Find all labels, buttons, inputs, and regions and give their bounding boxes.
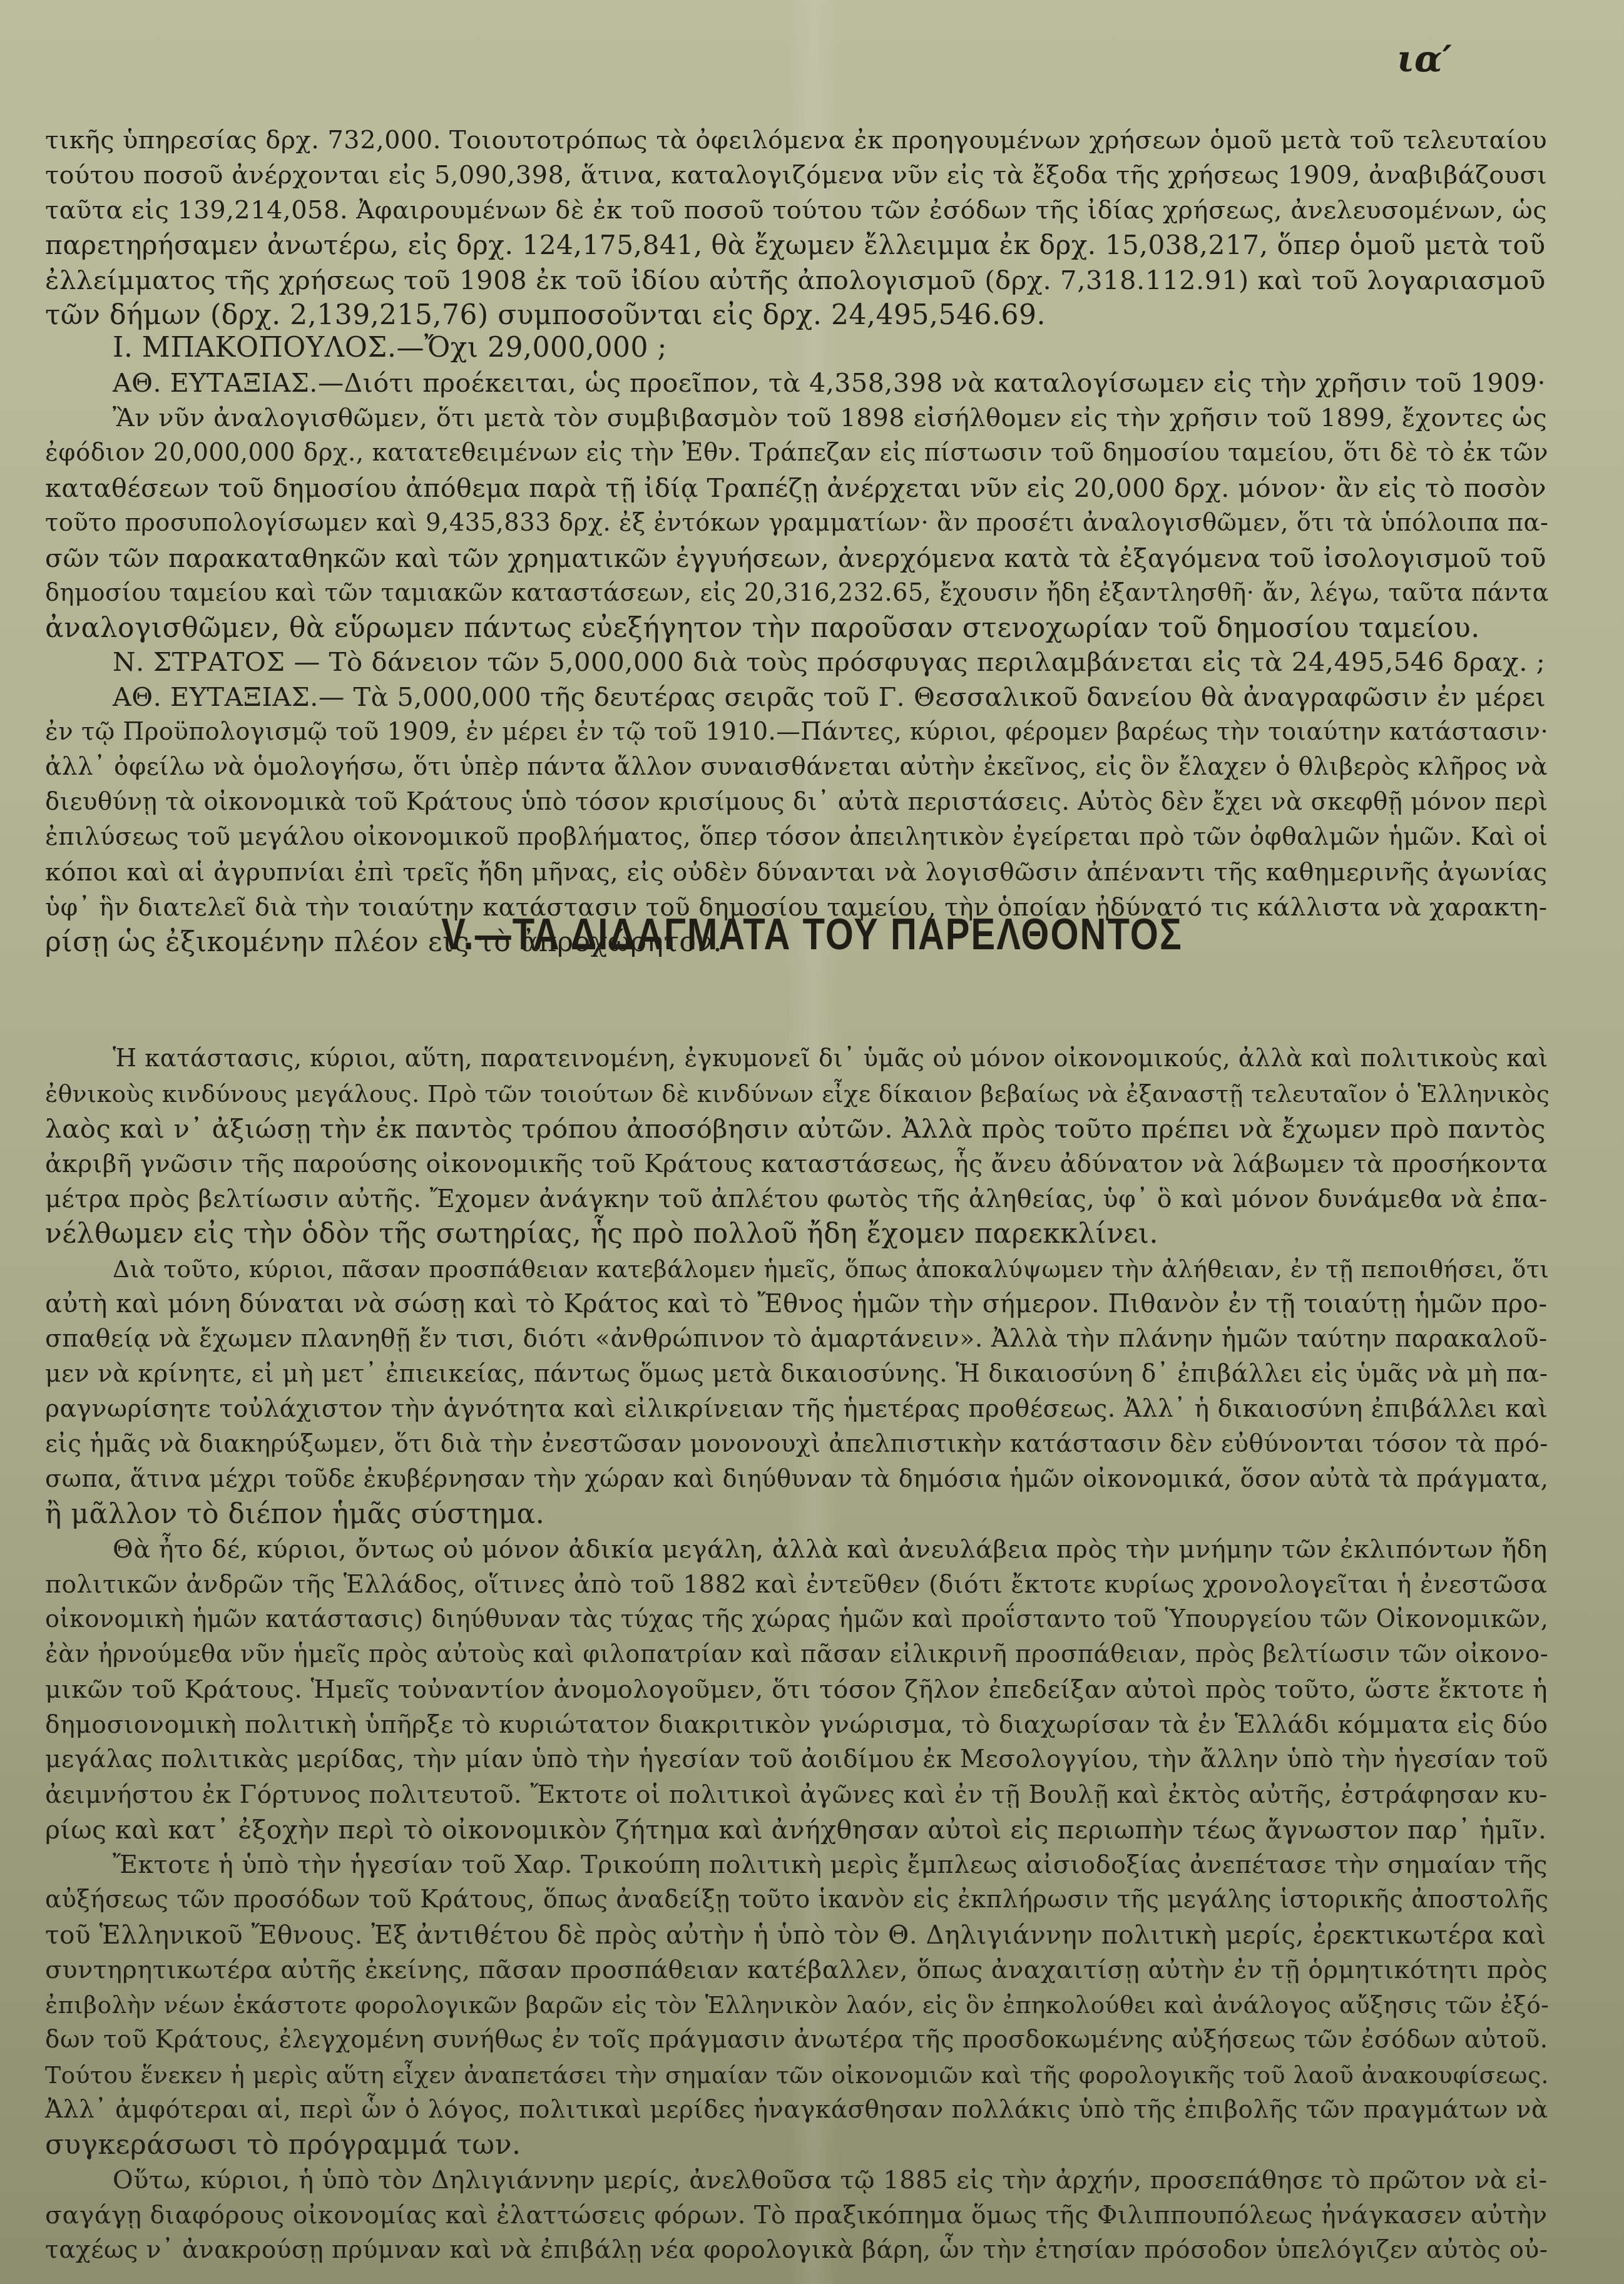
text-line: ΑΘ. ΕΥΤΑΞΙΑΣ.— Τὰ 5,000,000 τῆς δευτέρας… bbox=[113, 680, 1545, 715]
text-line: ἐν τῷ Προϋπολογισμῷ τοῦ 1909, ἐν μέρει ἐ… bbox=[45, 715, 1545, 750]
text-line: ἐπιβολὴν νέων ἑκάστοτε φορολογικῶν βαρῶν… bbox=[45, 1987, 1545, 2022]
text-line: σῶν τῶν παρακαταθηκῶν καὶ τῶν χρηματικῶν… bbox=[45, 541, 1545, 576]
text-line: δημοσιονομικὴ πολιτικὴ ὑπῆρξε τὸ κυριώτα… bbox=[45, 1707, 1545, 1742]
text-line: ρίως καὶ κατ᾽ ἐξοχὴν περὶ τὸ οἰκονομικὸν… bbox=[45, 1812, 1545, 1847]
text-line: ἀκριβῆ γνῶσιν τῆς παρούσης οἰκονομικῆς τ… bbox=[45, 1146, 1545, 1181]
text-line: τῶν δήμων (δρχ. 2,139,215,76) συμποσοῦντ… bbox=[45, 298, 1545, 333]
text-line: συντηρητικωτέρα αὐτῆς ἐκείνης, πᾶσαν προ… bbox=[45, 1952, 1545, 1987]
text-line: παρετηρήσαμεν ἀνωτέρω, εἰς δρχ. 124,175,… bbox=[45, 228, 1545, 263]
text-line: τοῦ Ἑλληνικοῦ Ἔθνους. Ἐξ ἀντιθέτου δὲ πρ… bbox=[45, 1917, 1545, 1952]
text-line: τοῦτο προσυπολογίσωμεν καὶ 9,435,833 δρχ… bbox=[45, 506, 1545, 541]
text-line: ἀλλ᾽ ὀφείλω νὰ ὁμολογήσω, ὅτι ὑπὲρ πάντα… bbox=[45, 750, 1545, 785]
text-line: Ἂν νῦν ἀναλογισθῶμεν, ὅτι μετὰ τὸν συμβι… bbox=[113, 400, 1545, 436]
text-line: διευθύνῃ τὰ οἰκονομικὰ τοῦ Κράτους ὑπὸ τ… bbox=[45, 785, 1545, 820]
text-line: μεγάλας πολιτικὰς μερίδας, τὴν μίαν ὑπὸ … bbox=[45, 1742, 1545, 1777]
text-line: δων τοῦ Κράτους, ἐλεγχομένη συνήθως ἐν τ… bbox=[45, 2022, 1545, 2057]
page-number: ια′ bbox=[1397, 38, 1452, 80]
text-line: Ἀλλ᾽ ἀμφότεραι αἱ, περὶ ὧν ὁ λόγος, πολι… bbox=[45, 2093, 1545, 2128]
text-line: σπαθείᾳ νὰ ἔχωμεν πλανηθῇ ἔν τισι, διότι… bbox=[45, 1322, 1545, 1357]
text-line: καταθέσεων τοῦ δημοσίου ἀπόθεμα παρὰ τῇ … bbox=[45, 471, 1545, 506]
text-line: Ν. ΣΤΡΑΤΟΣ — Τὸ δάνειον τῶν 5,000,000 δι… bbox=[113, 645, 1545, 680]
text-line: τούτου ποσοῦ ἀνέρχονται εἰς 5,090,398, ἅ… bbox=[45, 158, 1545, 193]
text-line: συγκεράσωσι τὸ πρόγραμμά των. bbox=[45, 2128, 1545, 2163]
text-line: σωπα, ἅτινα μέχρι τοῦδε ἐκυβέρνησαν τὴν … bbox=[45, 1462, 1545, 1497]
text-line: μικῶν τοῦ Κράτους. Ἡμεῖς τοὐναντίον ἀνομ… bbox=[45, 1672, 1545, 1707]
text-line: ταχέως ν᾽ ἀνακρούσῃ πρύμναν καὶ νὰ ἐπιβά… bbox=[45, 2233, 1545, 2268]
text-line: Οὕτω, κύριοι, ἡ ὑπὸ τὸν Δηλιγιάννην μερί… bbox=[113, 2163, 1545, 2198]
text-line: πολιτικῶν ἀνδρῶν τῆς Ἑλλάδος, οἵτινες ἀπ… bbox=[45, 1567, 1545, 1602]
text-line: κόποι καὶ αἱ ἀγρυπνίαι ἐπὶ τρεῖς ἤδη μῆν… bbox=[45, 855, 1545, 890]
text-line: ΑΘ. ΕΥΤΑΞΙΑΣ.—Διότι προέκειται, ὡς προεῖ… bbox=[113, 365, 1545, 400]
text-line: Ἔκτοτε ἡ ὑπὸ τὴν ἡγεσίαν τοῦ Χαρ. Τρικού… bbox=[113, 1847, 1545, 1882]
text-line: ἐπιλύσεως τοῦ μεγάλου οἰκονομικοῦ προβλή… bbox=[45, 820, 1545, 855]
text-line: ρίσῃ ὡς ἐξικομένην πλέον εἰς τὸ ἀπροχώρη… bbox=[45, 925, 1545, 960]
text-line: Ἡ κατάστασις, κύριοι, αὕτη, παρατεινομέν… bbox=[113, 1041, 1545, 1076]
text-line: ταῦτα εἰς 139,214,058. Ἀφαιρουμένων δὲ ἐ… bbox=[45, 193, 1545, 228]
text-line: Τούτου ἕνεκεν ἡ μερὶς αὕτη εἶχεν ἀναπετά… bbox=[45, 2057, 1545, 2093]
text-line: ἐλλείμματος τῆς χρήσεως τοῦ 1908 ἐκ τοῦ … bbox=[45, 263, 1545, 298]
text-line: μέτρα πρὸς βελτίωσιν αὐτῆς. Ἔχομεν ἀνάγκ… bbox=[45, 1181, 1545, 1216]
text-line: λαὸς καὶ ν᾽ ἀξιώσῃ τὴν ἐκ παντὸς τρόπου … bbox=[45, 1111, 1545, 1146]
text-line: ἐθνικοὺς κινδύνους μεγάλους. Πρὸ τῶν τοι… bbox=[45, 1076, 1545, 1111]
text-line: ἢ μᾶλλον τὸ διέπον ἡμᾶς σύστημα. bbox=[45, 1497, 1545, 1532]
text-line: Ι. ΜΠΑΚΟΠΟΥΛΟΣ.—Ὄχι 29,000,000 ; bbox=[113, 330, 1545, 365]
text-line: εἰς ἡμᾶς νὰ διακηρύξωμεν, ὅτι διὰ τὴν ἐν… bbox=[45, 1427, 1545, 1462]
text-line: νέλθωμεν εἰς τὴν ὁδὸν τῆς σωτηρίας, ἧς π… bbox=[45, 1216, 1545, 1252]
text-line: αὐξήσεως τῶν προσόδων τοῦ Κράτους, ὅπως … bbox=[45, 1882, 1545, 1917]
text-line: αὐτὴ καὶ μόνη δύναται νὰ σώσῃ καὶ τὸ Κρά… bbox=[45, 1287, 1545, 1322]
text-line: Θὰ ἦτο δέ, κύριοι, ὄντως οὐ μόνον ἀδικία… bbox=[113, 1532, 1545, 1567]
text-line: ἐφόδιον 20,000,000 δρχ., κατατεθειμένων … bbox=[45, 436, 1545, 471]
text-line: Διὰ τοῦτο, κύριοι, πᾶσαν προσπάθειαν κατ… bbox=[113, 1252, 1545, 1287]
text-line: τικῆς ὑπηρεσίας δρχ. 732,000. Τοιουτοτρό… bbox=[45, 123, 1545, 158]
text-line: ραγνωρίσητε τοὐλάχιστον τὴν ἁγνότητα καὶ… bbox=[45, 1392, 1545, 1427]
text-line: ἐὰν ἠρνούμεθα νῦν ἡμεῖς πρὸς αὐτοὺς καὶ … bbox=[45, 1637, 1545, 1672]
text-line: οἰκονομικὴ ἡμῶν κατάστασις) διηύθυναν τὰ… bbox=[45, 1602, 1545, 1637]
text-line: ὑφ᾽ ἣν διατελεῖ διὰ τὴν τοιαύτην κατάστα… bbox=[45, 890, 1545, 925]
text-line: δημοσίου ταμείου καὶ τῶν ταμιακῶν καταστ… bbox=[45, 576, 1545, 611]
text-line: σαγάγῃ διαφόρους οἰκονομίας καὶ ἐλαττώσε… bbox=[45, 2198, 1545, 2233]
text-line: ἀειμνήστου ἐκ Γόρτυνος πολιτευτοῦ. Ἔκτοτ… bbox=[45, 1777, 1545, 1812]
text-line: ἀναλογισθῶμεν, θὰ εὕρωμεν πάντως εὐεξήγη… bbox=[45, 611, 1545, 646]
text-line: μεν νὰ κρίνητε, εἰ μὴ μετ᾽ ἐπιεικείας, π… bbox=[45, 1357, 1545, 1392]
